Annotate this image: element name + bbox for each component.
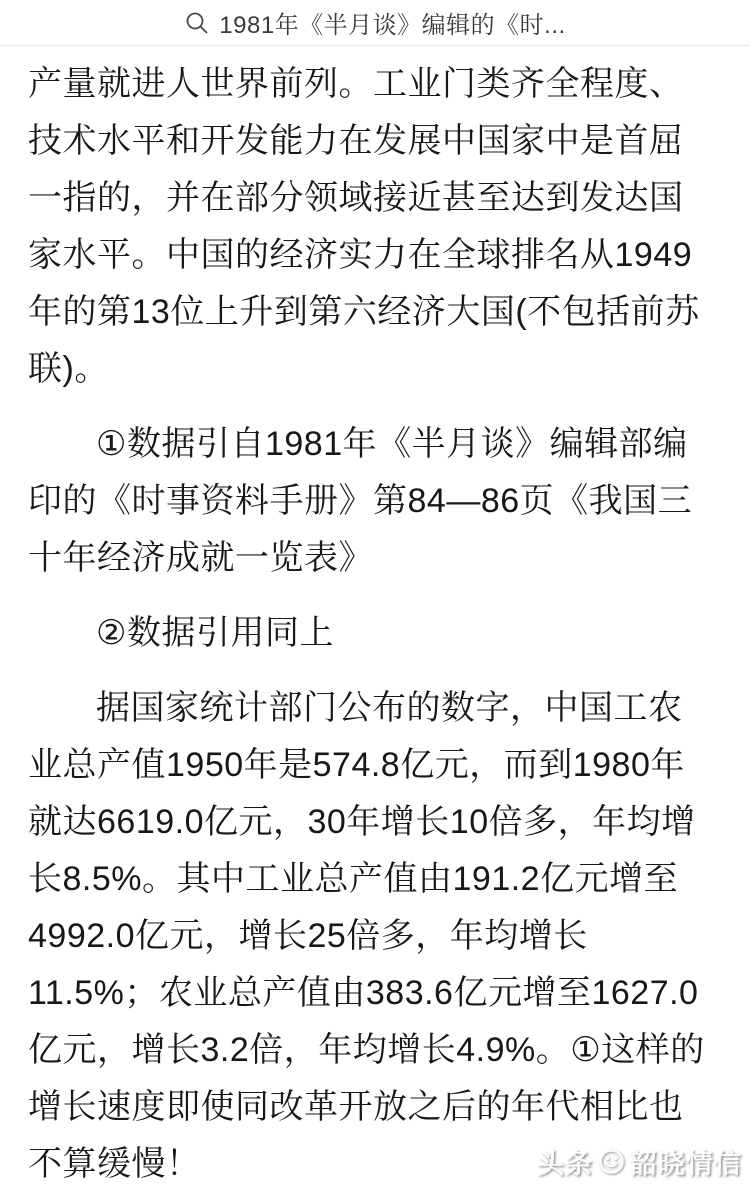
text-line: 年的第13位上升到第六经济大国(不包括前苏	[28, 284, 720, 341]
text-line: ①数据引自1981年《半月谈》编辑部编	[28, 416, 720, 473]
paragraph: 据国家统计部门公布的数字，中国工农 业总产值1950年是574.8亿元，而到19…	[28, 680, 720, 1189]
search-query-title: 1981年《半月谈》编辑的《时...	[219, 5, 565, 40]
text-line: ②数据引用同上	[28, 605, 720, 662]
text-line: 增长速度即使同改革开放之后的年代相比也	[28, 1079, 720, 1136]
text-line: 业总产值1950年是574.8亿元，而到1980年	[28, 737, 720, 794]
text-line: 11.5%；农业总产值由383.6亿元增至1627.0	[28, 965, 720, 1022]
text-line: 技术水平和开发能力在发展中国家中是首屈	[28, 113, 720, 170]
text-line: 4992.0亿元，增长25倍多，年均增长	[28, 908, 720, 965]
text-line: 产量就进人世界前列。工业门类齐全程度、	[28, 56, 720, 113]
search-bar[interactable]: 1981年《半月谈》编辑的《时...	[0, 0, 750, 45]
paragraph: 产量就进人世界前列。工业门类齐全程度、 技术水平和开发能力在发展中国家中是首屈 …	[28, 56, 720, 398]
text-line: 联)。	[28, 341, 720, 398]
text-line: 十年经济成就一览表》	[28, 530, 720, 587]
text-line: 不算缓慢！	[28, 1136, 720, 1189]
text-line: 长8.5%。其中工业总产值由191.2亿元增至	[28, 851, 720, 908]
text-line: 一指的，并在部分领域接近甚至达到发达国	[28, 170, 720, 227]
text-line: 就达6619.0亿元，30年增长10倍多，年均增	[28, 794, 720, 851]
page: 1981年《半月谈》编辑的《时... 产量就进人世界前列。工业门类齐全程度、 技…	[0, 0, 750, 1189]
text-line: 印的《时事资料手册》第84—86页《我国三	[28, 473, 720, 530]
text-line: 亿元，增长3.2倍，年均增长4.9%。①这样的	[28, 1022, 720, 1079]
text-line: 家水平。中国的经济实力在全球排名从1949	[28, 227, 720, 284]
paragraph-footnote-1: ①数据引自1981年《半月谈》编辑部编 印的《时事资料手册》第84—86页《我国…	[28, 416, 720, 587]
article-body: 产量就进人世界前列。工业门类齐全程度、 技术水平和开发能力在发展中国家中是首屈 …	[0, 46, 750, 1189]
search-icon	[184, 10, 210, 36]
text-line: 据国家统计部门公布的数字，中国工农	[28, 680, 720, 737]
paragraph-footnote-2: ②数据引用同上	[28, 605, 720, 662]
